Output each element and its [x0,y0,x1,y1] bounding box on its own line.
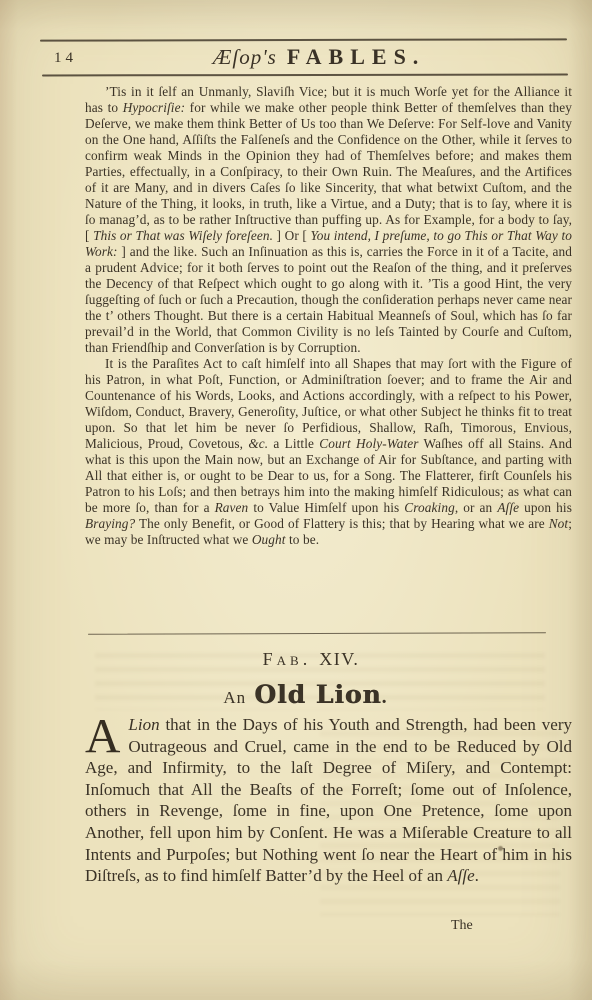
text-segment: This or That was Wiſely foreſeen. [93,228,273,243]
running-title-fables: FABLES. [287,44,425,69]
fable-title: AnOld Lion. [0,680,592,709]
running-title: Æſop'sFABLES. [0,44,592,70]
header-rule-top [40,38,567,41]
ink-spot [498,846,503,851]
fable-body: ALion that in the Days of his Youth and … [85,714,572,887]
text-segment: for while we make other people think Bet… [85,100,572,243]
text-segment: , or an [455,500,497,515]
text-segment: Hypocriſie: [123,100,185,115]
catchword: The [451,918,473,934]
header-rule-bottom [42,74,568,77]
text-segment: Aſſe [447,866,474,885]
text-segment: Croaking [404,500,455,515]
text-segment: . [475,866,479,885]
fable-body-text: Lion that in the Days of his Youth and S… [85,715,572,885]
text-segment: Court Holy-Water [319,436,418,451]
text-segment: that in the Days of his Youth and Streng… [85,715,572,885]
text-segment: Not [549,516,569,531]
text-segment: ] and the like. Such an Inſinuation as t… [85,244,572,355]
commentary-text: ’Tis in it ſelf an Unmanly, Slaviſh Vice… [85,84,572,548]
text-segment: to be. [286,532,320,547]
text-segment: a Little [268,436,319,451]
fable-title-prefix: An [223,688,246,707]
drop-cap-letter: A [85,714,128,755]
text-segment: to Value Himſelf upon his [248,500,404,515]
commentary-paragraph-2: It is the Paraſites Act to caſt himſelf … [85,356,572,548]
commentary-paragraph-1: ’Tis in it ſelf an Unmanly, Slaviſh Vice… [85,84,572,356]
running-title-aesop: Æſop's [213,45,277,69]
text-segment: ] Or [ [273,228,310,243]
section-divider-rule [88,632,546,635]
text-segment: Ought [252,532,286,547]
fable-title-blackletter: Old Lion [254,680,381,709]
book-page: 14 Æſop'sFABLES. ’Tis in it ſelf an Unma… [0,0,592,1000]
text-segment: Lion [128,715,159,734]
text-segment: Aſſe [497,500,519,515]
fable-title-period: . [382,686,387,708]
fable-number-heading: Fab.XIV. [0,649,592,670]
text-segment: &c. [248,436,268,451]
text-segment: Raven [215,500,249,515]
text-segment: The only Benefit, or Good of Flattery is… [135,516,548,531]
text-segment: Braying? [85,516,135,531]
text-segment: upon his [519,500,572,515]
fable-heading-numeral: XIV. [319,649,359,669]
fable-heading-fab: Fab. [263,649,312,669]
